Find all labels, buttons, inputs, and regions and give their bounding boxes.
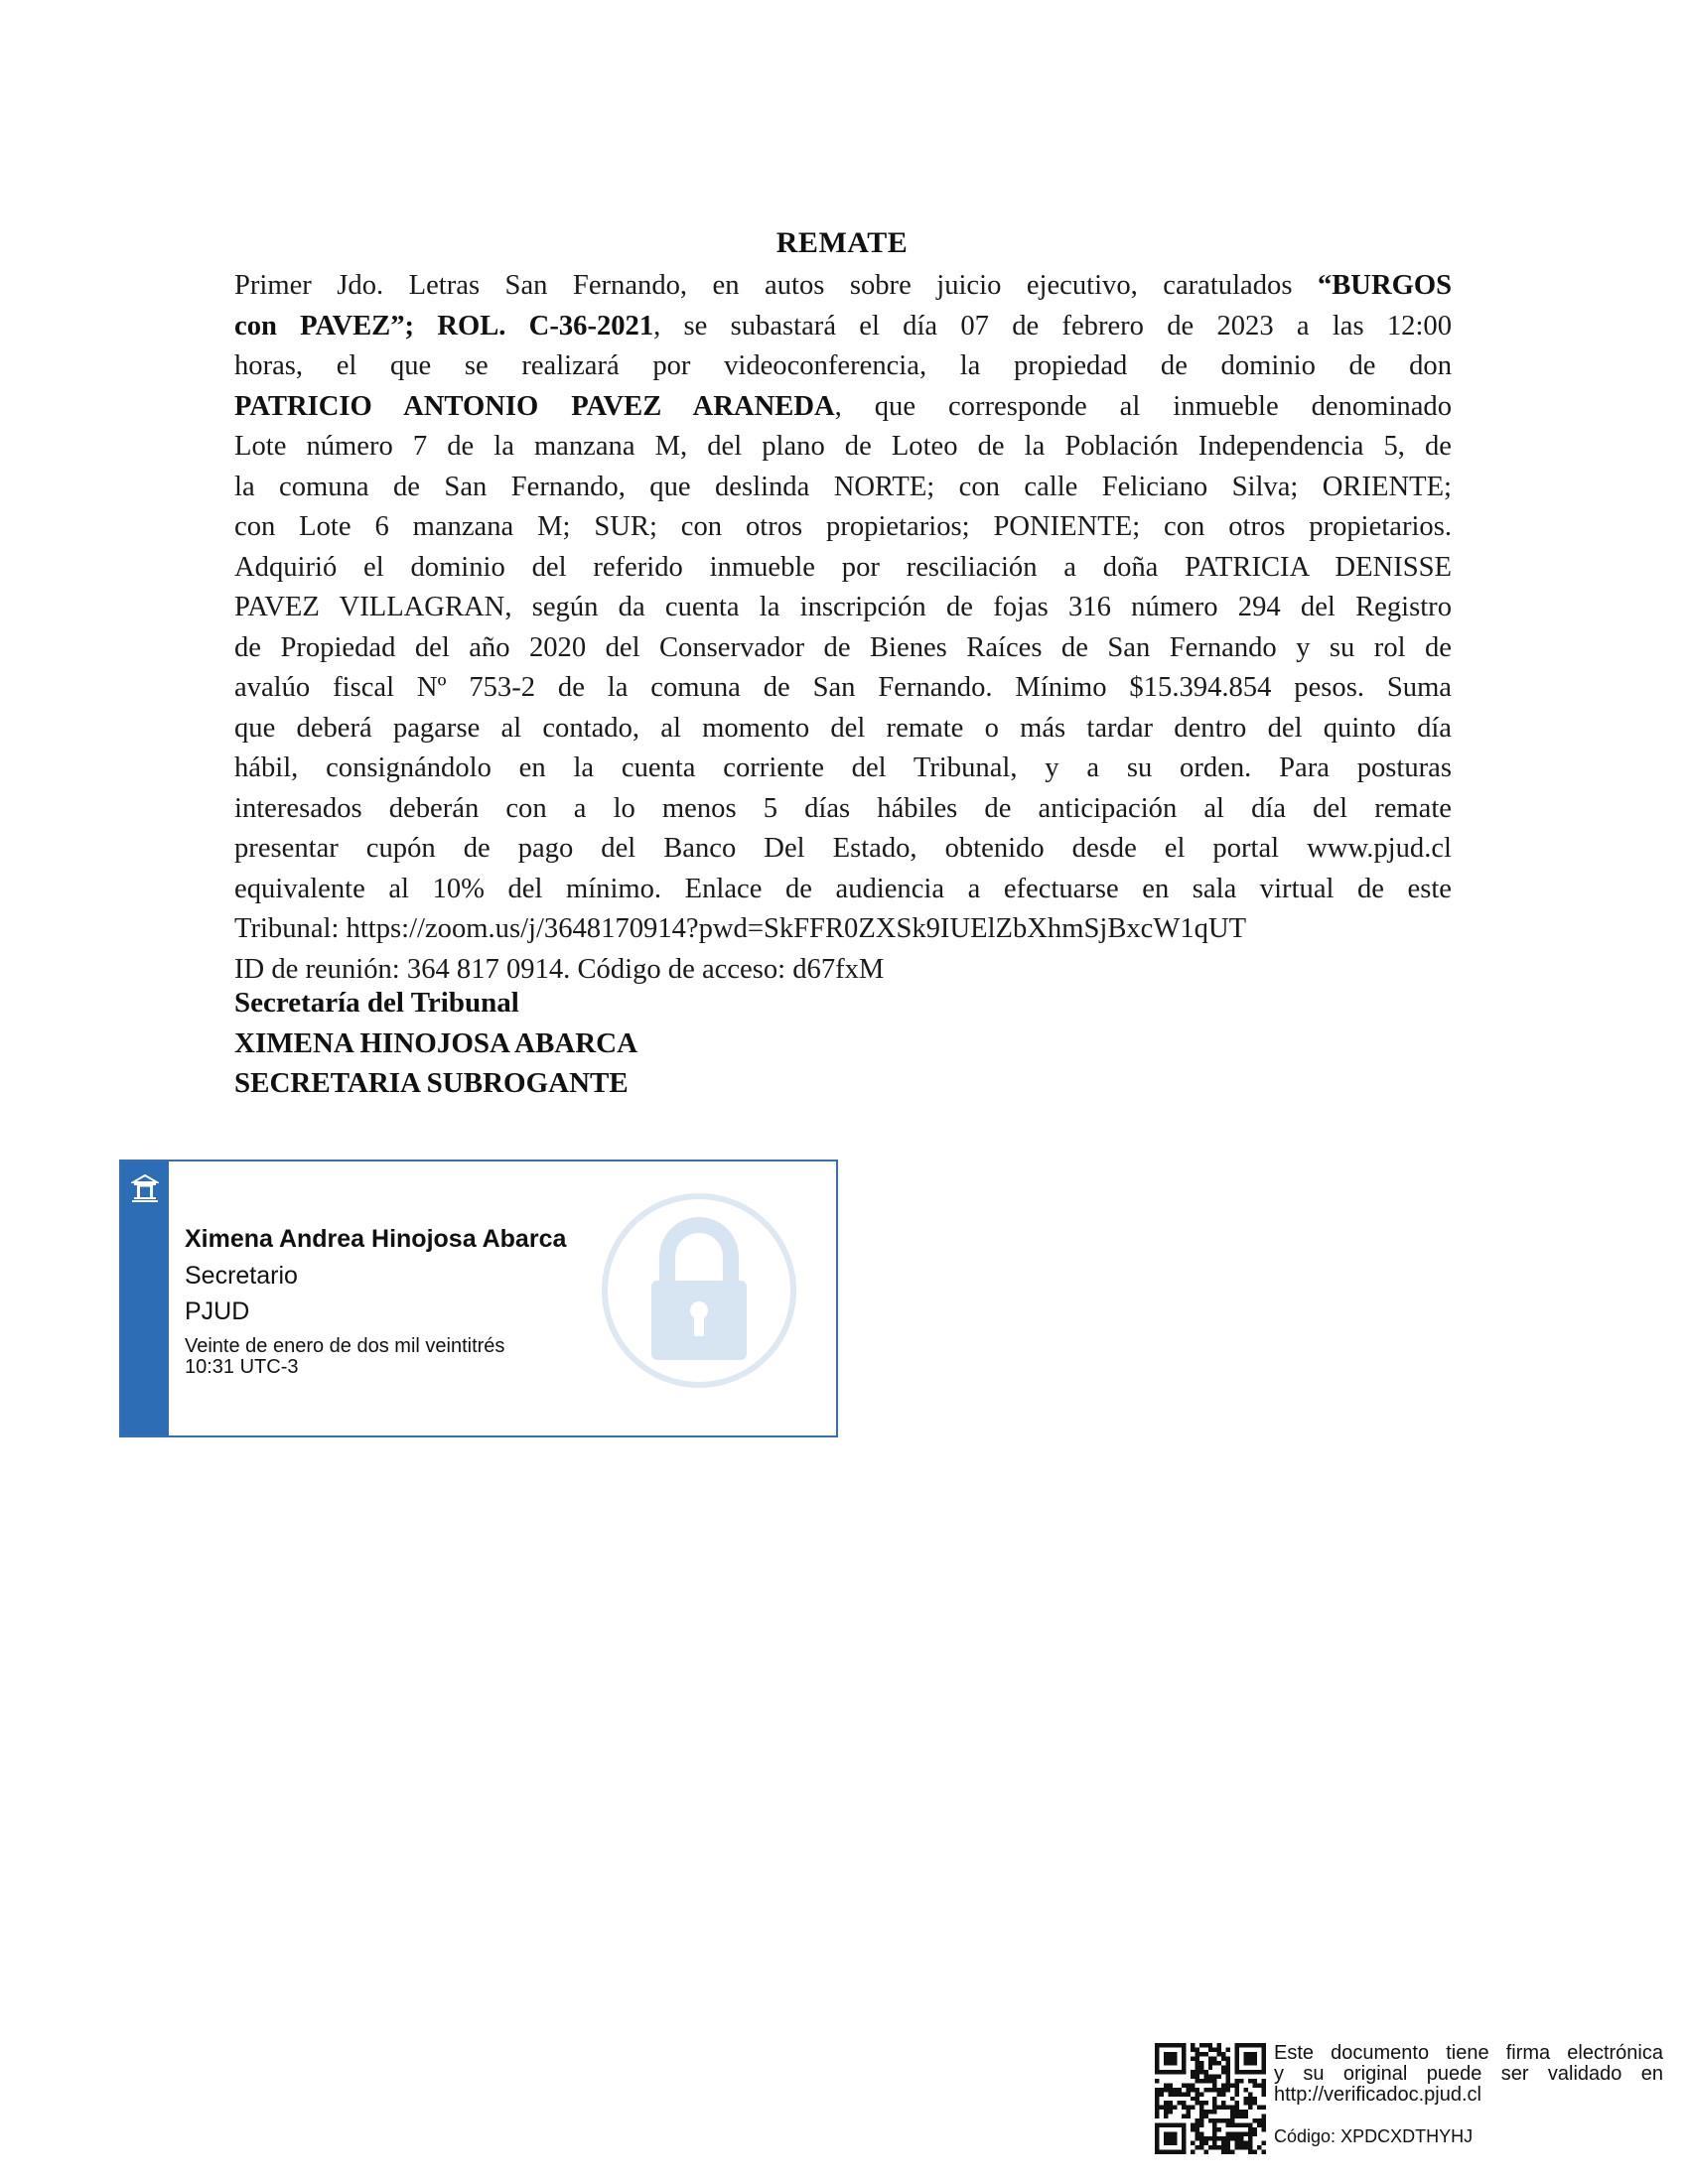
signature-office: Secretaría del Tribunal (234, 983, 637, 1024)
body-line: la comuna de San Fernando, que deslinda … (234, 468, 1452, 508)
body-line: con PAVEZ”; ROL. C-36-2021, se subastará… (234, 307, 1452, 347)
body-line: presentar cupón de pago del Banco Del Es… (234, 829, 1452, 870)
verification-url[interactable]: http://verificadoc.pjud.cl (1274, 2085, 1663, 2106)
qr-code-icon[interactable] (1155, 2043, 1266, 2154)
body-line: PATRICIO ANTONIO PAVEZ ARANEDA, que corr… (234, 387, 1452, 428)
body-line: horas, el que se realizará por videoconf… (234, 346, 1452, 387)
signature-role: SECRETARIA SUBROGANTE (234, 1063, 637, 1104)
body-line: hábil, consignándolo en la cuenta corrie… (234, 749, 1452, 789)
signature-date: Veinte de enero de dos mil veintitrés (185, 1335, 504, 1358)
courthouse-icon (131, 1173, 159, 1203)
body-line: equivalente al 10% del mínimo. Enlace de… (234, 870, 1452, 910)
signature-block: Secretaría del Tribunal XIMENA HINOJOSA … (234, 983, 637, 1104)
auction-notice-body: Primer Jdo. Letras San Fernando, en auto… (234, 266, 1452, 990)
verification-notice: Este documento tiene firma electrónica y… (1274, 2043, 1663, 2106)
signer-name: Ximena Andrea Hinojosa Abarca (185, 1225, 566, 1254)
signature-time: 10:31 UTC-3 (185, 1356, 299, 1379)
lock-icon (600, 1191, 798, 1390)
signature-sidebar (121, 1161, 169, 1435)
signer-role: Secretario (185, 1262, 298, 1291)
verification-code-value: XPDCXDTHYHJ (1340, 2126, 1473, 2146)
body-line: Tribunal: https://zoom.us/j/3648170914?p… (234, 909, 1452, 950)
body-line: avalúo fiscal Nº 753-2 de la comuna de S… (234, 668, 1452, 709)
verification-code-label: Código: (1274, 2126, 1336, 2146)
body-line: de Propiedad del año 2020 del Conservado… (234, 628, 1452, 669)
body-line: con Lote 6 manzana M; SUR; con otros pro… (234, 507, 1452, 548)
document-page: REMATE Primer Jdo. Letras San Fernando, … (0, 0, 1688, 2184)
body-line: Lote número 7 de la manzana M, del plano… (234, 427, 1452, 468)
verification-line-1: Este documento tiene firma electrónica (1274, 2043, 1663, 2064)
body-line: Primer Jdo. Letras San Fernando, en auto… (234, 266, 1452, 307)
signer-organization: PJUD (185, 1297, 249, 1326)
document-title: REMATE (234, 226, 1450, 260)
body-line: PAVEZ VILLAGRAN, según da cuenta la insc… (234, 588, 1452, 628)
verification-line-2: y su original puede ser validado en (1274, 2064, 1663, 2085)
verification-code: Código: XPDCXDTHYHJ (1274, 2126, 1473, 2147)
signature-name: XIMENA HINOJOSA ABARCA (234, 1024, 637, 1064)
electronic-signature-box: Ximena Andrea Hinojosa Abarca Secretario… (119, 1160, 838, 1437)
body-line: Adquirió el dominio del referido inmuebl… (234, 548, 1452, 589)
body-line: interesados deberán con a lo menos 5 día… (234, 789, 1452, 830)
body-line: que deberá pagarse al contado, al moment… (234, 709, 1452, 750)
